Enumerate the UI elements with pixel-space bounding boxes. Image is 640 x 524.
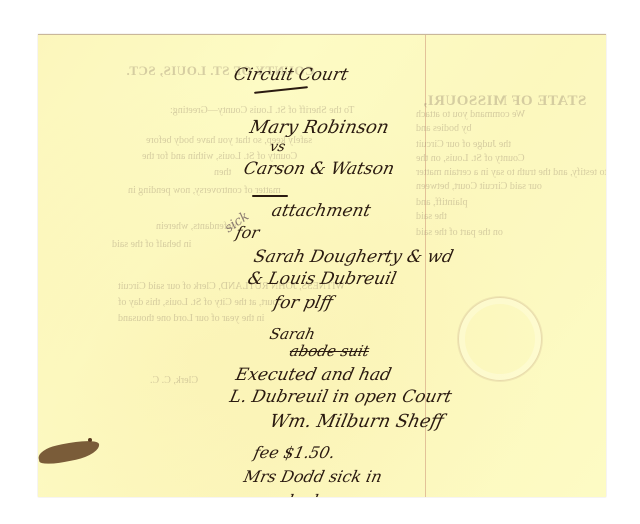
handwritten-line: Mrs Dodd sick in (242, 467, 384, 486)
handwritten-line: for plff (272, 293, 335, 313)
bleed-through-line: in the year of our Lord one thousand (118, 313, 264, 324)
bleed-through-line: County of St. Louis, on the (416, 153, 525, 164)
bleed-through-line: To the Sheriff of St. Louis County—Greet… (170, 105, 354, 116)
handwritten-line: Sarah Dougherty & wd (252, 247, 455, 267)
handwritten-line: abode suit (288, 342, 371, 360)
title-flourish (254, 86, 308, 94)
handwritten-line: Mary Robinson (248, 117, 391, 138)
handwritten-line: & Louis Dubreuil (246, 269, 398, 289)
attachment-flourish (252, 195, 288, 197)
bleed-through-line: our said Circuit Court, between (416, 181, 542, 192)
bleed-through-line: in behalf of the said (112, 239, 191, 250)
bleed-through-line: by bodies and (416, 123, 472, 134)
handwritten-line: Wm. Milburn Sheff (268, 411, 446, 432)
bleed-through-line: then (214, 167, 231, 178)
handwritten-line: L. Dubreuil in open Court (228, 387, 454, 407)
handwritten-line: Circuit Court (232, 65, 350, 85)
bleed-through-line: plaintiff, and (416, 197, 467, 208)
bleed-through-line: and there to testify, and the truth to s… (416, 167, 606, 178)
handwritten-line: bed (286, 491, 320, 497)
handwritten-line: Carson & Watson (242, 159, 396, 179)
document-paper: STATE OF MISSOURI,COUNTY OF ST. LOUIS, S… (38, 34, 606, 497)
embossed-seal (458, 297, 542, 381)
handwritten-line: fee $1.50. (252, 443, 337, 462)
bleed-through-line: the said (416, 211, 447, 222)
handwritten-line: Sarah (268, 325, 317, 343)
bleed-through-line: We command you to attach (416, 109, 525, 120)
handwritten-line: Executed and had (234, 365, 393, 385)
ink-blot (38, 437, 101, 467)
bleed-through-line: the Judge of our Circuit (416, 139, 511, 150)
bleed-through-line: STATE OF MISSOURI, (423, 93, 586, 110)
handwritten-line: attachment (270, 201, 373, 221)
bleed-through-line: on the part of the said (416, 227, 503, 238)
bleed-through-line: Clerk, C. C. (150, 375, 198, 386)
bleed-through-line: Court, at the City of St. Louis, this da… (118, 297, 284, 308)
